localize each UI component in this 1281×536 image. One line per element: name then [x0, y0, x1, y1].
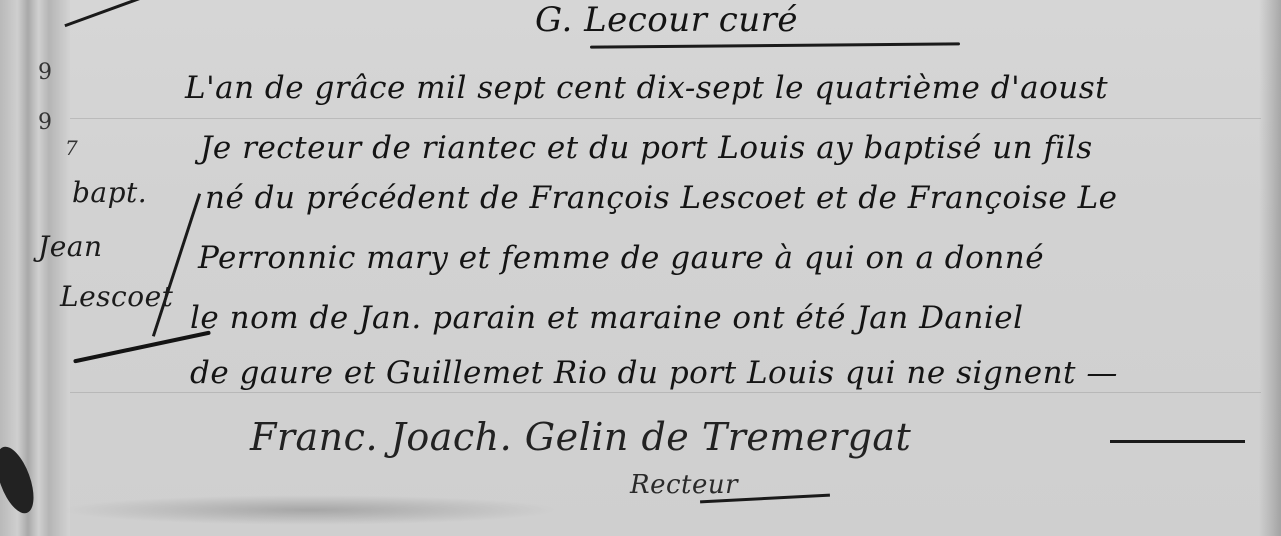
margin-entry-type: bapt.: [72, 176, 147, 209]
entry-line-1: L'an de grâce mil sept cent dix-sept le …: [185, 70, 1108, 106]
priest-signature: Franc. Joach. Gelin de Tremergat: [250, 415, 911, 459]
margin-number: 7: [65, 136, 78, 160]
paper-smudge: [60, 495, 560, 525]
signature-dash: [1110, 440, 1245, 443]
entry-line-3: né du précédent de François Lescoet et d…: [205, 180, 1118, 216]
margin-surname: Lescoet: [60, 280, 173, 313]
header-underline-flourish: [590, 42, 960, 48]
entry-line-2: Je recteur de riantec et du port Louis a…: [200, 130, 1093, 166]
page-edge: [1259, 0, 1281, 536]
manuscript-page: G. Lecour curé 9 9 7 bapt. Jean Lescoet …: [0, 0, 1281, 536]
faint-rule: [70, 392, 1261, 393]
pen-stroke: [64, 0, 154, 27]
margin-number: 9: [38, 110, 53, 135]
entry-line-4: Perronnic mary et femme de gaure à qui o…: [198, 240, 1044, 276]
margin-given-name: Jean: [38, 230, 103, 263]
faint-rule: [70, 118, 1261, 119]
margin-number: 9: [38, 60, 53, 85]
entry-line-6: de gaure et Guillemet Rio du port Louis …: [190, 355, 1118, 391]
header-curate-name: G. Lecour curé: [535, 0, 798, 40]
rector-signature: Recteur: [630, 470, 738, 500]
entry-line-5: le nom de Jan. parain et maraine ont été…: [190, 300, 1024, 336]
